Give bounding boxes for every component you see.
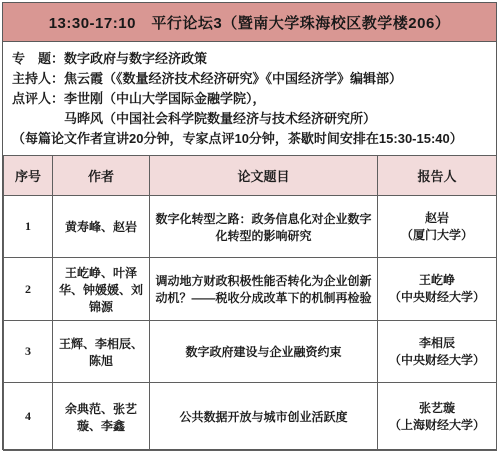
commentator-1-value: 李世刚（中山大学国际金融学院），: [64, 91, 266, 106]
row-presenter: 赵岩 （厦门大学）: [378, 196, 497, 258]
row-authors: 王辉、李相辰、陈旭: [53, 321, 150, 383]
presenter-name: 王屹峥: [382, 272, 492, 289]
host-value: 焦云霞（《数量经济技术经济研究》《中国经济学》编辑部）: [64, 71, 402, 86]
session-title: 13:30-17:10 平行论坛3（暨南大学珠海校区教学楼206）: [49, 12, 451, 33]
row-paper-title: 公共数据开放与城市创业活跃度: [150, 383, 378, 451]
presenter-name: 赵岩: [382, 210, 492, 227]
commentator-2-value: 马晔风（中国社会科学院数量经济与技术经济研究所）: [64, 111, 376, 126]
table-row: 2 王屹峥、叶泽华、钟媛媛、刘锦源 调动地方财政积极性能否转化为企业创新动机？—…: [4, 258, 497, 321]
column-header-presenter: 报告人: [378, 156, 497, 196]
table-row: 4 余典范、张艺璇、李鑫 公共数据开放与城市创业活跃度 张艺璇 （上海财经大学）: [4, 383, 497, 451]
row-number: 4: [4, 383, 53, 451]
row-authors: 黄寿峰、赵岩: [53, 196, 150, 258]
row-presenter: 李相辰 （中央财经大学）: [378, 321, 497, 383]
row-number: 1: [4, 196, 53, 258]
table-row: 1 黄寿峰、赵岩 数字化转型之路：政务信息化对企业数字化转型的影响研究 赵岩 （…: [4, 196, 497, 258]
conference-program-screenshot: { "colors": { "title_bar_bg": "#d99793",…: [0, 0, 499, 452]
row-authors: 余典范、张艺璇、李鑫: [53, 383, 150, 451]
table-row: 3 王辉、李相辰、陈旭 数字政府建设与企业融资约束 李相辰 （中央财经大学）: [4, 321, 497, 383]
row-authors: 王屹峥、叶泽华、钟媛媛、刘锦源: [53, 258, 150, 321]
info-line-topic: 专 题：数字政府与数字经济政策: [12, 49, 487, 69]
papers-table: 序号 作者 论文题目 报告人 1 黄寿峰、赵岩 数字化转型之路：政务信息化对企业…: [3, 155, 497, 451]
row-paper-title: 数字政府建设与企业融资约束: [150, 321, 378, 383]
program-document: 13:30-17:10 平行论坛3（暨南大学珠海校区教学楼206） 专 题：数字…: [2, 2, 497, 450]
info-line-commentator-2: 马晔风（中国社会科学院数量经济与技术经济研究所）: [12, 109, 487, 129]
presenter-name: 李相辰: [382, 335, 492, 352]
session-title-bar: 13:30-17:10 平行论坛3（暨南大学珠海校区教学楼206）: [3, 3, 496, 42]
topic-label: 专 题：: [12, 51, 64, 66]
presenter-affiliation: （厦门大学）: [382, 227, 492, 244]
presenter-affiliation: （上海财经大学）: [382, 417, 492, 434]
presenter-affiliation: （中央财经大学）: [382, 289, 492, 306]
session-info-block: 专 题：数字政府与数字经济政策 主持人：焦云霞（《数量经济技术经济研究》《中国经…: [3, 42, 496, 155]
column-header-number: 序号: [4, 156, 53, 196]
row-paper-title: 数字化转型之路：政务信息化对企业数字化转型的影响研究: [150, 196, 378, 258]
info-line-commentator-1: 点评人：李世刚（中山大学国际金融学院），: [12, 89, 487, 109]
presenter-affiliation: （中央财经大学）: [382, 352, 492, 369]
table-header-row: 序号 作者 论文题目 报告人: [4, 156, 497, 196]
row-presenter: 张艺璇 （上海财经大学）: [378, 383, 497, 451]
row-presenter: 王屹峥 （中央财经大学）: [378, 258, 497, 321]
column-header-authors: 作者: [53, 156, 150, 196]
row-paper-title: 调动地方财政积极性能否转化为企业创新动机？——税收分成改革下的机制再检验: [150, 258, 378, 321]
row-number: 3: [4, 321, 53, 383]
host-label: 主持人：: [12, 71, 64, 86]
schedule-note: （每篇论文作者宣讲20分钟，专家点评10分钟，茶歇时间安排在15:30-15:4…: [12, 131, 463, 146]
info-line-schedule-note: （每篇论文作者宣讲20分钟，专家点评10分钟，茶歇时间安排在15:30-15:4…: [12, 129, 487, 149]
row-number: 2: [4, 258, 53, 321]
presenter-name: 张艺璇: [382, 400, 492, 417]
commentator-label: 点评人：: [12, 91, 64, 106]
column-header-paper-title: 论文题目: [150, 156, 378, 196]
info-line-host: 主持人：焦云霞（《数量经济技术经济研究》《中国经济学》编辑部）: [12, 69, 487, 89]
topic-value: 数字政府与数字经济政策: [64, 51, 207, 66]
